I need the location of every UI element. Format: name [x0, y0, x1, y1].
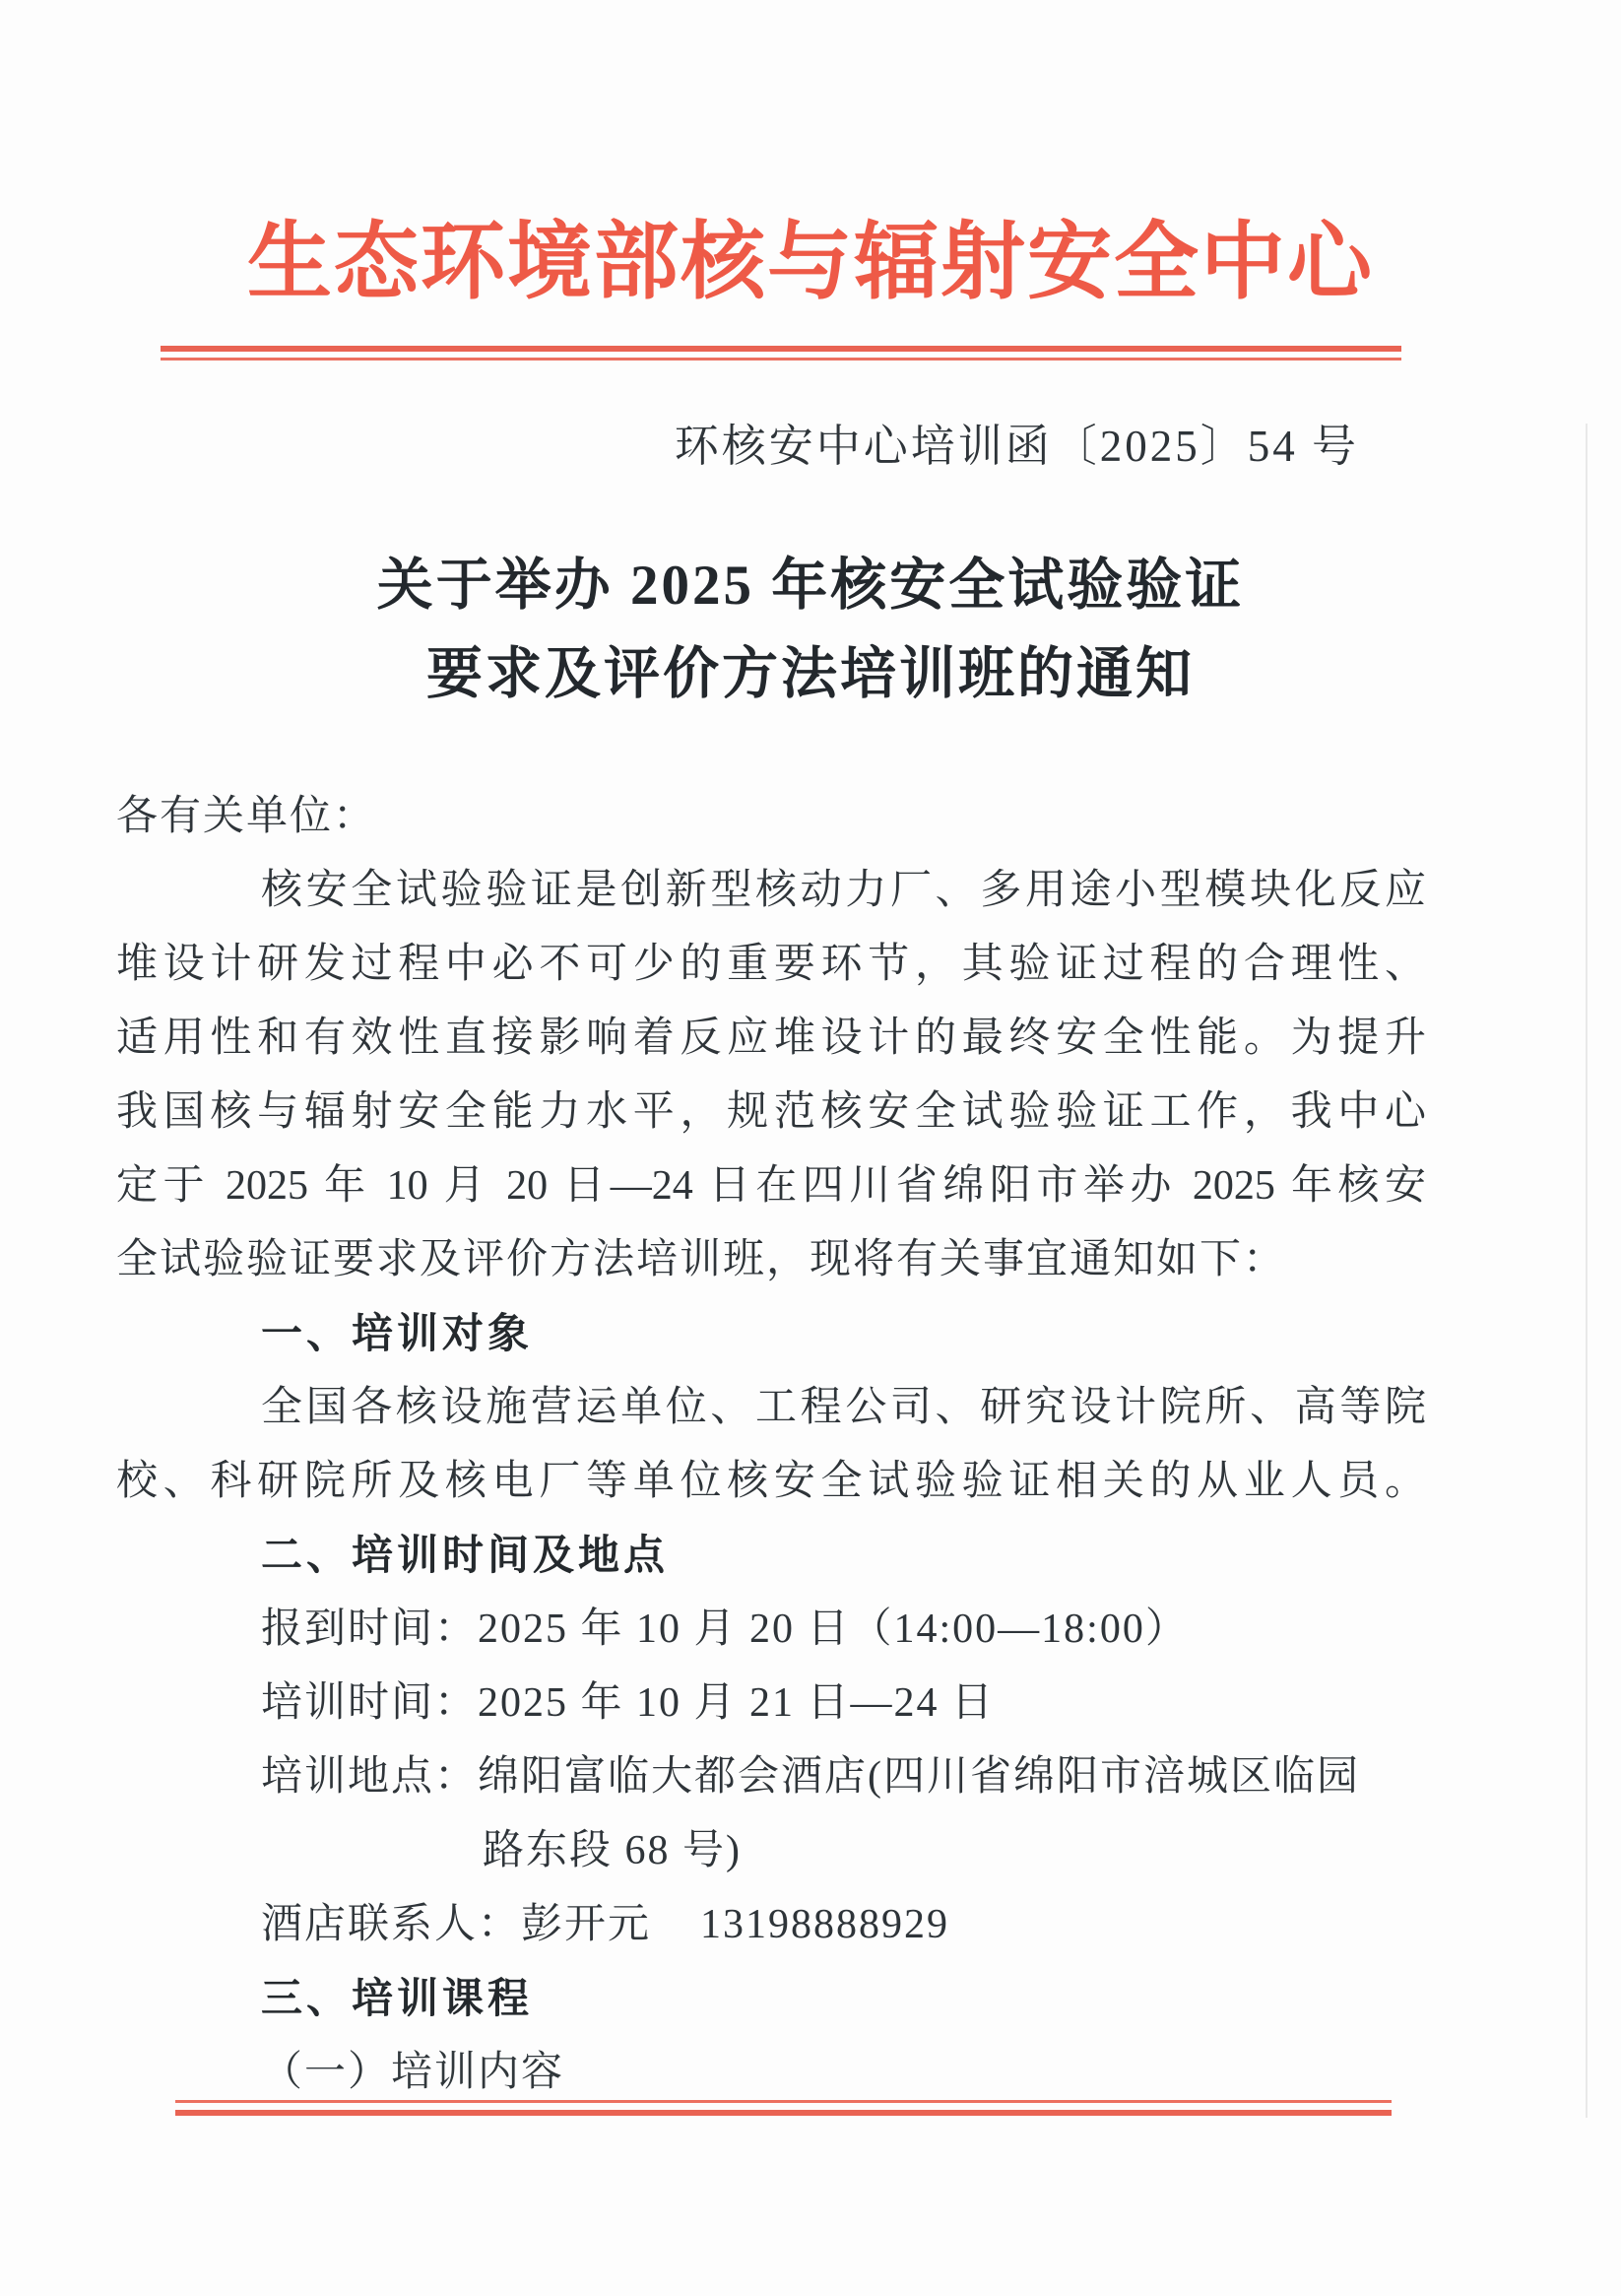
body-line: 定于 2025 年 10 月 20 日—24 日在四川省绵阳市举办 2025 年…: [116, 1150, 1426, 1224]
body-line: 校、科研院所及核电厂等单位核安全试验验证相关的从业人员。: [116, 1446, 1426, 1520]
section-heading-3: 三、培训课程: [116, 1963, 1426, 2037]
body-line-venue-address: 路东段 68 号): [116, 1815, 1426, 1889]
document-page: 生态环境部核与辐射安全中心 环核安中心培训函〔2025〕54 号 关于举办 20…: [0, 0, 1621, 2296]
red-rule-bottom-thin: [175, 2100, 1392, 2103]
body-line: 堆设计研发过程中必不可少的重要环节，其验证过程的合理性、: [116, 929, 1426, 1003]
section-heading-1: 一、培训对象: [116, 1298, 1426, 1372]
document-title-line1: 关于举办 2025 年核安全试验验证: [0, 540, 1621, 621]
red-rule-top-thick: [161, 346, 1401, 352]
red-rule-top-thin: [161, 358, 1401, 361]
document-number: 环核安中心培训函〔2025〕54 号: [675, 410, 1359, 474]
body-line: 适用性和有效性直接影响着反应堆设计的最终安全性能。为提升: [116, 1003, 1426, 1077]
letterhead-title: 生态环境部核与辐射安全中心: [0, 193, 1621, 315]
body-line-salutation: 各有关单位：: [116, 781, 1426, 855]
body-line: 全国各核设施营运单位、工程公司、研究设计院所、高等院: [116, 1372, 1426, 1446]
document-title-line2: 要求及评价方法培训班的通知: [0, 628, 1621, 709]
body-line-training-venue: 培训地点：绵阳富临大都会酒店(四川省绵阳市涪城区临园: [116, 1741, 1426, 1815]
body-line-hotel-contact: 酒店联系人：彭开元 13198888929: [116, 1889, 1426, 1963]
body-line: 核安全试验验证是创新型核动力厂、多用途小型模块化反应: [116, 855, 1426, 929]
scan-artifact-line: [1586, 424, 1588, 2118]
body-line-checkin-time: 报到时间：2025 年 10 月 20 日（14:00—18:00）: [116, 1594, 1426, 1668]
red-rule-bottom-thick: [175, 2110, 1392, 2116]
section-heading-2: 二、培训时间及地点: [116, 1520, 1426, 1594]
body-line: 我国核与辐射安全能力水平，规范核安全试验验证工作，我中心: [116, 1077, 1426, 1150]
body-line: 全试验验证要求及评价方法培训班，现将有关事宜通知如下：: [116, 1224, 1426, 1298]
body-line-training-time: 培训时间：2025 年 10 月 21 日—24 日: [116, 1668, 1426, 1741]
